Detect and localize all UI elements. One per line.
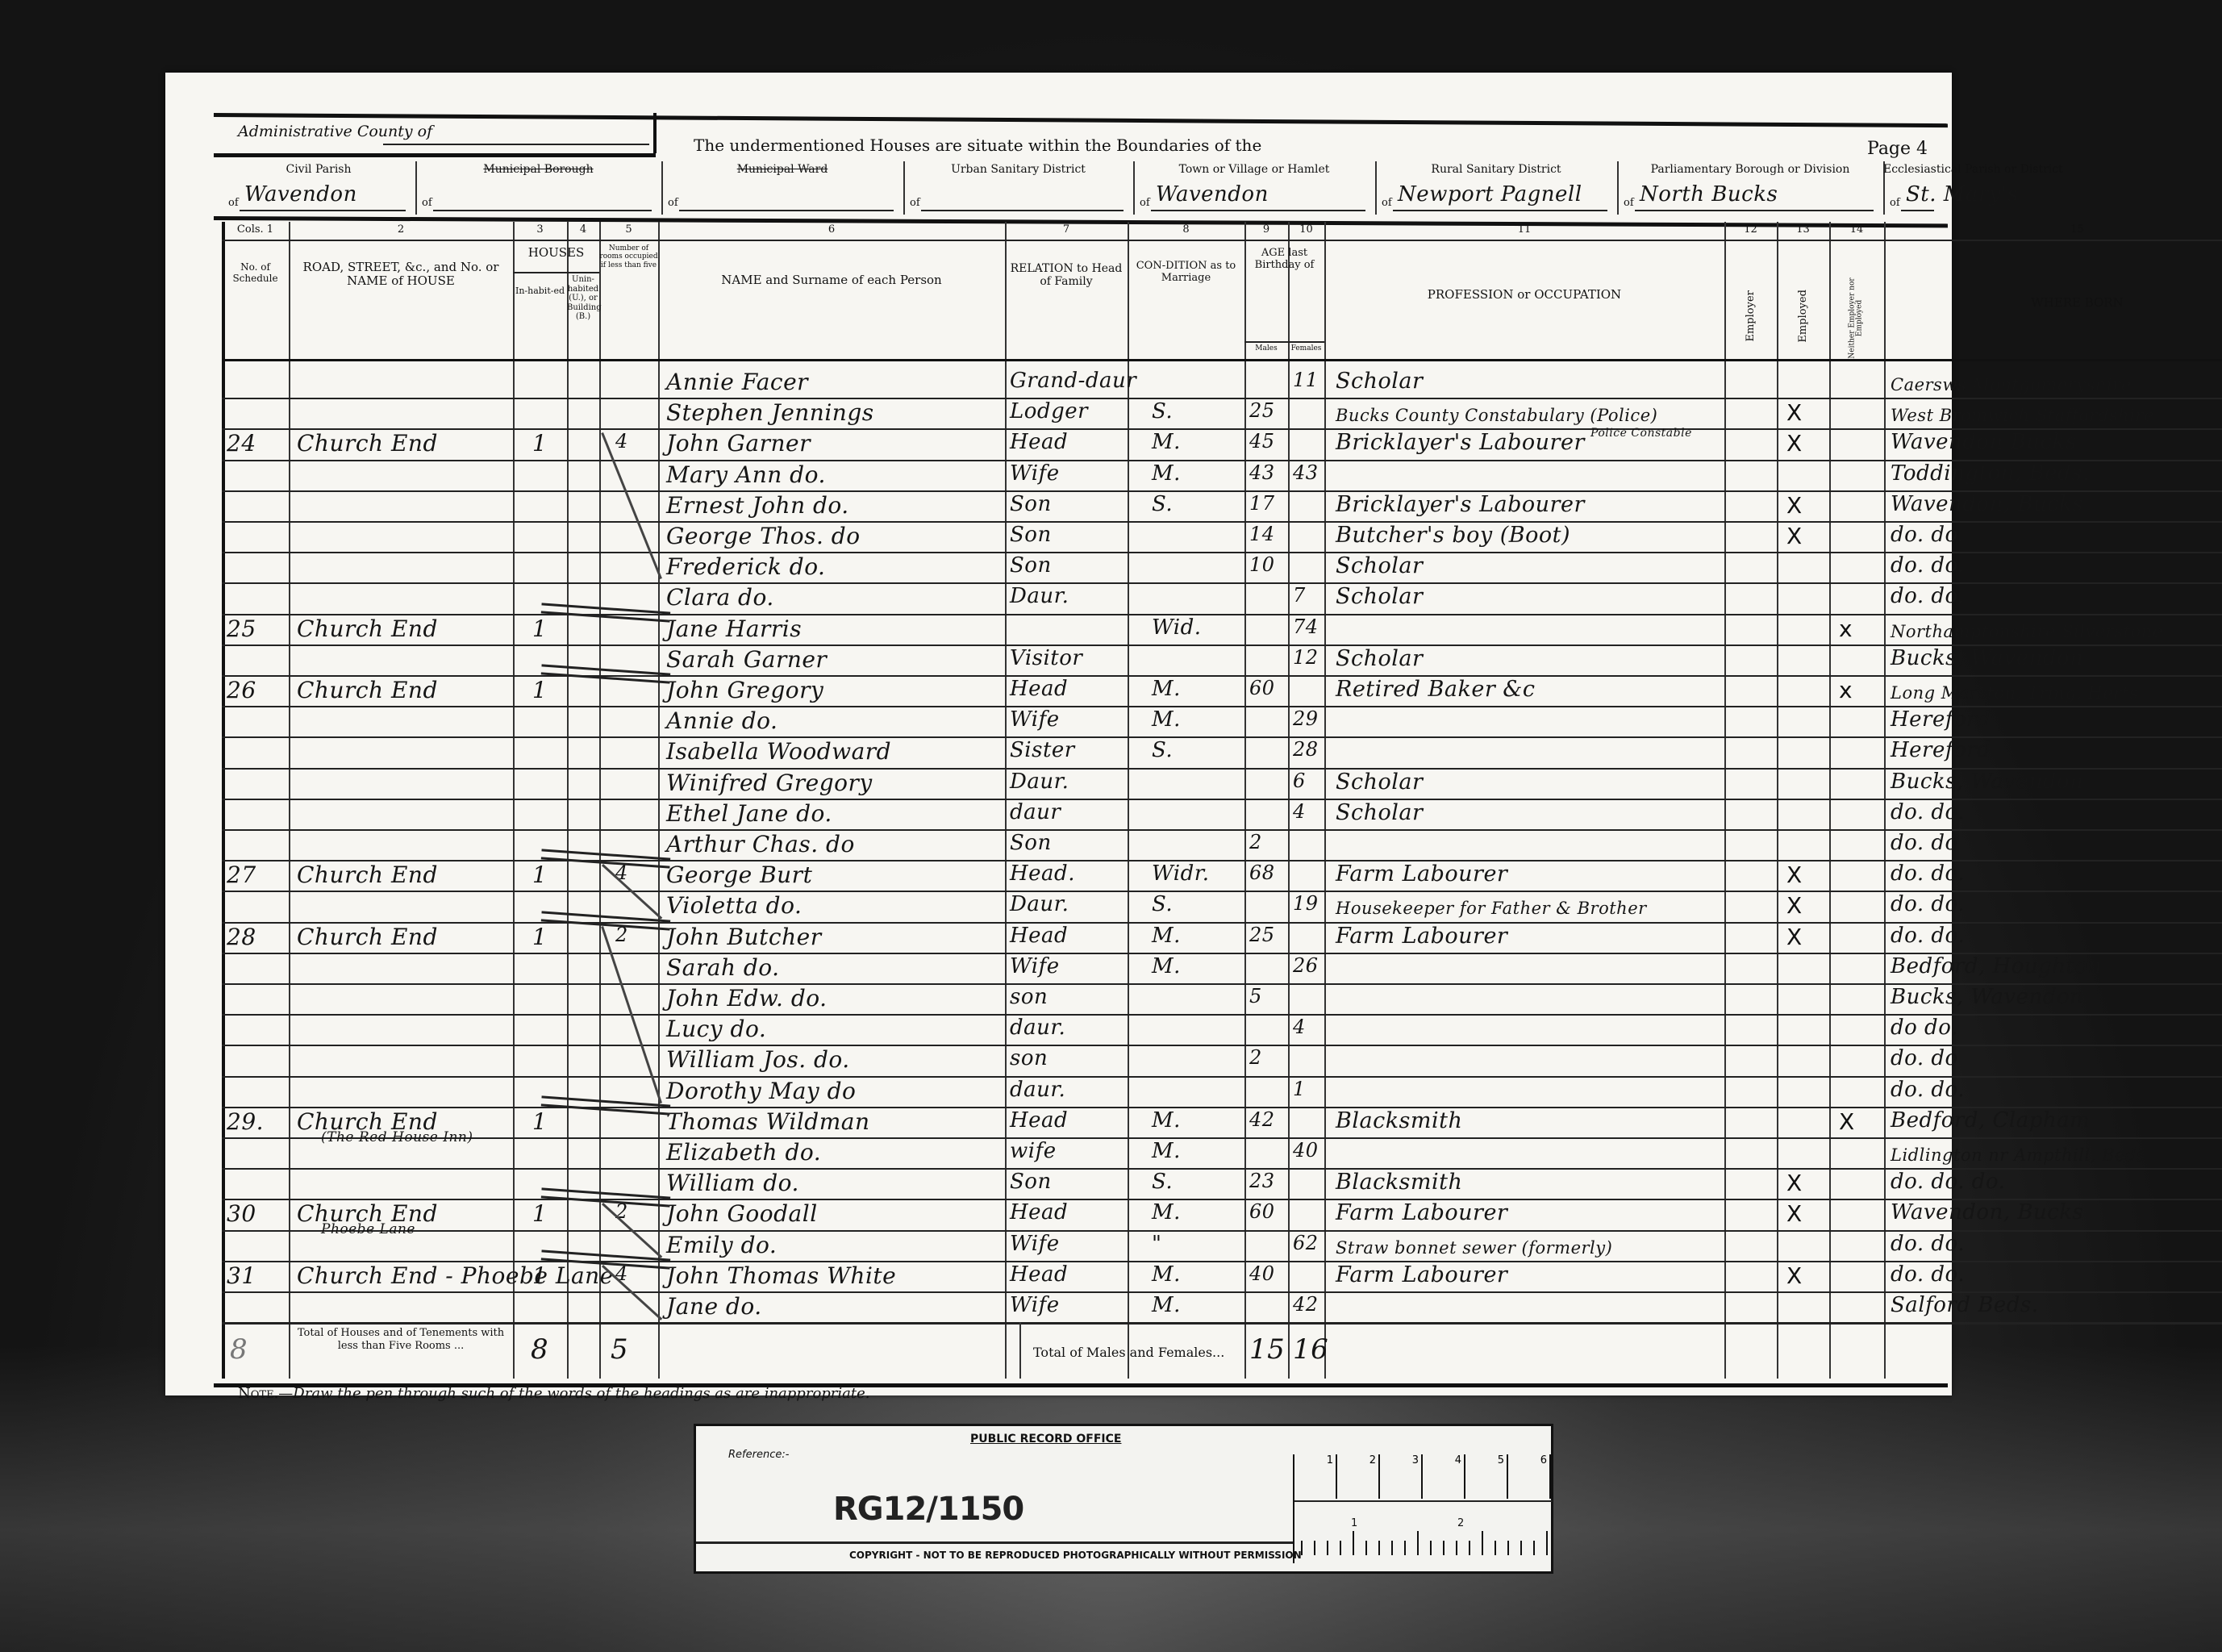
census-row: 28Church End12John ButcherHeadM.25Farm L… [222,922,2222,953]
header-employed: Employed [1798,268,1809,365]
marital-condition: S. [1152,1170,1173,1194]
census-row: Clara do.Daur.7Scholardo. do. [222,582,2222,613]
person-name: Clara do. [666,584,774,611]
scale-tick [1301,1541,1303,1555]
relation: Wife [1010,1293,1060,1317]
relation: daur. [1010,1016,1065,1040]
census-row: Violetta do.Daur.S.19Housekeeper for Fat… [222,891,2222,921]
scale-tick [1430,1541,1432,1555]
female-age: 74 [1293,615,1319,638]
scale-tick [1314,1541,1315,1555]
male-age: 68 [1249,861,1275,884]
division-value: Newport Pagnell [1398,182,1582,206]
neither-mark: X [1839,1108,1854,1135]
census-row: Sarah do.WifeM.26Bedford, Houghton [222,953,2222,983]
persons-total-label: Total of Males and Females... [1033,1345,1224,1360]
scale-tick [1507,1541,1509,1555]
male-age: 40 [1249,1262,1275,1285]
division-value-line [1393,210,1607,211]
column-number: 5 [599,223,658,236]
relation: daur. [1010,1078,1065,1102]
header-bottom-rule [222,359,2222,361]
inhabited-count: 1 [532,924,547,950]
relation: wife [1010,1139,1057,1163]
person-name: Sarah Garner [666,646,827,673]
schedule-number: 28 [227,924,256,950]
birthplace: do. do. [1891,523,1965,547]
marital-condition: M. [1152,1108,1181,1133]
relation: Head [1010,1262,1068,1287]
header-occupation: PROFESSION or OCCUPATION [1324,288,1724,302]
female-age: 4 [1293,1016,1306,1038]
inhabited-count: 1 [532,1108,547,1135]
admin-county-label: Administrative County of [238,123,432,140]
admin-county-line [383,144,649,145]
male-age: 2 [1249,831,1262,853]
census-row: Lucy do.daur.4do do. [222,1014,2222,1045]
census-row: Sarah GarnerVisitor12ScholarBucks, Waven… [222,645,2222,675]
birthplace: do. do. do. [1891,1170,2005,1194]
column-number: 14 [1829,223,1884,236]
address: Church End [297,861,438,888]
marital-condition: " [1152,1232,1161,1256]
division-value: Wavendon [1156,182,1269,206]
division-value-line [240,210,406,211]
relation: Head [1010,430,1068,454]
census-row: William do.SonS.23BlacksmithXdo. do. do. [222,1168,2222,1199]
census-row: Ethel Jane do.daur4Scholardo. do. [222,799,2222,829]
male-age: 25 [1249,399,1275,422]
scale-tick [1353,1531,1354,1555]
occupation: Straw bonnet sewer (formerly) [1336,1238,1612,1258]
schedule-number: 25 [227,615,256,642]
female-age: 4 [1293,800,1306,823]
occupation: Retired Baker &c [1336,677,1535,702]
occupation-note: Police Constable [1590,427,1692,440]
marital-condition: S. [1152,738,1173,762]
occupation: Farm Labourer [1336,861,1507,886]
birthplace: Long Marston, Tring, Herts [1891,683,2138,703]
census-row: 26Church End1John GregoryHeadM.60Retired… [222,675,2222,706]
female-age: 43 [1293,461,1319,484]
inhabited-count: 1 [532,861,547,888]
scale-tick [1443,1541,1445,1555]
employed-mark: X [1786,924,1802,950]
male-age: 23 [1249,1170,1275,1192]
scale-tick [1391,1541,1393,1555]
employed-mark: X [1786,1262,1802,1289]
column-number-rule [222,240,2222,241]
relation: Sister [1010,738,1075,762]
marital-condition: M. [1152,1293,1181,1317]
marital-condition: S. [1152,492,1173,516]
birthplace: do. do [1891,1046,1958,1070]
column-number: 3 [513,223,567,236]
relation: Son [1010,831,1052,855]
marital-condition: M. [1152,677,1181,701]
male-age: 25 [1249,924,1275,946]
schedule-number: 31 [227,1262,256,1289]
header-road: ROAD, STREET, &c., and No. or NAME of HO… [289,261,513,289]
person-name: Dorothy May do [666,1078,856,1104]
of-prefix: of [668,197,678,209]
header-females: Females [1288,344,1324,353]
occupation: Farm Labourer [1336,1200,1507,1225]
employed-mark: X [1786,861,1802,888]
scale-tick [1533,1541,1535,1555]
census-row: Ernest John do.SonS.17Bricklayer's Labou… [222,490,2222,521]
person-name: Arthur Chas. do [666,831,855,857]
birthplace: do. do. [1891,1232,1965,1256]
scale-cell: 2 [1337,1454,1380,1499]
relation: Visitor [1010,646,1082,670]
marital-condition: M. [1152,924,1181,948]
occupation: Scholar [1336,646,1423,671]
relation: Son [1010,1170,1052,1194]
occupation: Bucks County Constabulary (Police) [1336,406,1657,425]
occupation: Scholar [1336,553,1423,578]
column-number: 12 [1724,223,1777,236]
measurement-scale: 12345612 [1293,1454,1553,1563]
of-prefix: of [422,197,432,209]
male-age: 60 [1249,1200,1275,1223]
header-employer: Employer [1745,268,1757,365]
division-value: North Bucks [1640,182,1778,206]
scale-tick [1456,1541,1457,1555]
page-number: Page 4 [1867,139,1928,159]
female-age: 40 [1293,1139,1319,1162]
person-name: Emily do. [666,1232,777,1258]
female-age: 1 [1293,1078,1306,1100]
person-name: John Gregory [666,677,823,703]
occupation: Farm Labourer [1336,1262,1507,1287]
birthplace: Salford Beds. [1891,1293,2039,1317]
person-name: Violetta do. [666,892,802,919]
scale-cell: 1 [1294,1454,1337,1499]
marital-condition: M. [1152,707,1181,732]
note-text: —Draw the pen through such of the words … [278,1385,869,1402]
division-value-line [1901,210,1934,211]
relation: Wife [1010,954,1060,978]
division-label: Parliamentary Borough or Division [1617,163,1883,176]
person-name: John Edw. do. [666,985,828,1012]
neither-mark: x [1839,615,1853,642]
birthplace: Wavendon, Bucks [1891,492,2083,516]
person-name: George Burt [666,861,812,888]
person-name: Stephen Jennings [666,399,874,426]
relation: Son [1010,492,1052,516]
scale-divider [1294,1500,1553,1502]
division-label: Urban Sanitary District [903,163,1133,176]
scale-tick [1495,1541,1496,1555]
census-row: Emily do.Wife"62Straw bonnet sewer (form… [222,1230,2222,1261]
occupation: Scholar [1336,770,1423,795]
top-border [214,113,1948,127]
female-age: 28 [1293,738,1319,761]
male-age: 10 [1249,553,1275,576]
division-label: Municipal Ward [661,163,903,176]
employed-mark: X [1786,492,1802,519]
of-prefix: of [228,197,239,209]
person-name: William Jos. do. [666,1046,850,1073]
schedule-number: 30 [227,1200,256,1227]
person-name: John Goodall [666,1200,818,1227]
column-number: 2 [289,223,513,236]
employed-mark: X [1786,523,1802,549]
scale-tick [1404,1541,1406,1555]
female-age: 62 [1293,1232,1319,1254]
division-value: St. Mary's [1906,182,2019,206]
relation: daur [1010,800,1061,824]
census-row: Winifred GregoryDaur.6ScholarBucks, Wave… [222,768,2222,799]
person-name: Thomas Wildman [666,1108,869,1135]
male-age: 42 [1249,1108,1275,1131]
schedules-total: 8 [230,1333,248,1366]
census-row: 24Church End14John GarnerHeadM.45Brickla… [222,428,2222,459]
division-value: Wavendon [244,182,357,206]
houses-total-label: Total of Houses and of Tenements with le… [297,1327,505,1352]
birthplace: Bucks, Wavendon [1891,646,2083,670]
occupation: Farm Labourer [1336,924,1507,949]
census-row: 25Church End1Jane HarrisWid.74xNorthampt… [222,614,2222,645]
employed-mark: X [1786,892,1802,919]
male-age: 60 [1249,677,1275,699]
census-row: Jane do.WifeM.42Salford Beds. [222,1291,2222,1322]
census-row: John Edw. do.son5Bucks, Wavendon [222,983,2222,1014]
female-age: 19 [1293,892,1319,915]
address: Church End [297,430,438,457]
employed-mark: X [1786,1200,1802,1227]
column-number: 10 [1288,223,1324,236]
marital-condition: M. [1152,954,1181,978]
relation: Daur. [1010,892,1069,916]
relation: Lodger [1010,399,1088,423]
division-value-line [679,210,894,211]
column-number: 9 [1244,223,1288,236]
marital-condition: S. [1152,892,1173,916]
reference-number: RG12/1150 [833,1491,1023,1528]
schedule-number: 24 [227,430,256,457]
census-row: Isabella WoodwardSisterS.28HerefordLame [222,736,2222,767]
birthplace: do. do. [1891,892,1965,916]
female-age: 7 [1293,584,1306,607]
of-prefix: of [1890,197,1900,209]
address: Church End - Phoebe Lane [297,1262,614,1289]
occupation: Bricklayer's Labourer [1336,492,1585,517]
census-row: 29.Church End(The Red House Inn)1Thomas … [222,1107,2222,1137]
header-rooms: Number of rooms occupied if less than fi… [599,244,658,269]
birthplace: Wavendon Bucks [1891,430,2077,454]
census-row: William Jos. do.son2do. do [222,1045,2222,1075]
relation: Wife [1010,1232,1060,1256]
inhabited-count: 1 [532,430,547,457]
header-condition: CON-DITION as to Marriage [1128,261,1244,285]
header-houses: HOUSES [513,246,599,260]
male-age: 2 [1249,1046,1262,1069]
female-age: 42 [1293,1293,1319,1316]
scale-tick [1365,1541,1367,1555]
birthplace: Bedford, Houghton [1891,954,2102,978]
of-prefix: of [1140,197,1150,209]
person-name: Mary Ann do. [666,461,826,488]
copyright-divider [696,1541,1293,1544]
marital-condition: Wid. [1152,615,1202,640]
person-name: Isabella Woodward [666,738,891,765]
rooms-count: 4 [615,430,628,453]
scale-cell: 5 [1465,1454,1508,1499]
scale-tick [1520,1541,1522,1555]
person-name: John Thomas White [666,1262,896,1289]
relation: Grand-daur [1010,369,1136,393]
tenements-total: 5 [611,1333,628,1366]
person-name: Ernest John do. [666,492,849,519]
marital-condition: S. [1152,399,1173,423]
schedule-number: 27 [227,861,256,888]
relation: Head. [1010,861,1075,886]
scale-tick [1417,1531,1419,1555]
person-name: Elizabeth do. [666,1139,821,1166]
female-age: 12 [1293,646,1319,669]
public-record-office-label: PUBLIC RECORD OFFICE [970,1433,1121,1445]
relation: Wife [1010,461,1060,486]
census-row: Frederick do.Son10Scholardo. do. [222,552,2222,582]
male-age: 17 [1249,492,1275,515]
relation: son [1010,985,1048,1009]
scale-label: 2 [1457,1517,1464,1529]
neither-mark: x [1839,677,1853,703]
heading-note: Note.—Draw the pen through such of the w… [238,1385,870,1402]
column-number: 8 [1128,223,1244,236]
relation: Head [1010,677,1068,701]
relation: Son [1010,523,1052,547]
division-label: Civil Parish [222,163,415,176]
person-name: George Thos. do [666,523,861,549]
birthplace: Hereford [1891,707,1991,732]
address: Church End [297,677,438,703]
employed-mark: X [1786,399,1802,426]
female-age: 29 [1293,707,1319,730]
occupation: Housekeeper for Father & Brother [1336,899,1647,918]
of-prefix: of [1624,197,1634,209]
person-name: Lucy do. [666,1016,766,1042]
marital-condition: M. [1152,430,1181,454]
male-age: 43 [1249,461,1275,484]
female-age: 6 [1293,770,1306,792]
birthplace: do. do. [1891,553,1965,578]
scale-cell: 6 [1508,1454,1551,1499]
division-label: Ecclesiastical Parish or District [1883,163,1944,176]
census-form: Administrative County of The undermentio… [222,113,1940,1436]
birthplace: Northamptonshire Silverstone [1891,622,2163,641]
division-value-line [1151,210,1365,211]
scale-label: 1 [1351,1517,1357,1529]
male-age: 14 [1249,523,1275,545]
person-name: Frederick do. [666,553,825,580]
header-uninhabited: Unin-habited (U.), or Building (B.) [567,275,599,322]
occupation: Blacksmith [1336,1170,1462,1195]
person-name: Jane Harris [666,615,802,642]
inhabited-count: 1 [532,1200,547,1227]
division-value-line [433,210,652,211]
header-males: Males [1244,344,1288,353]
inhabited-count: 1 [532,1262,547,1289]
census-row: Annie FacerGrand-daur11ScholarCaersws Mo… [222,367,2222,398]
of-prefix: of [1382,197,1392,209]
column-number: 13 [1777,223,1829,236]
inhabited-total: 8 [531,1333,548,1366]
census-row: Stephen JenningsLodgerS.25Bucks County C… [222,398,2222,428]
males-total: 15 [1249,1333,1285,1366]
of-prefix: of [910,197,920,209]
marital-condition: M. [1152,1200,1181,1224]
employed-mark: X [1786,1170,1802,1196]
male-age: 5 [1249,985,1262,1007]
division-value-line [921,210,1124,211]
relation: Daur. [1010,770,1069,794]
census-row: Arthur Chas. doSon2do. do [222,829,2222,860]
occupation: Scholar [1336,369,1423,394]
houses-subrule [513,272,599,273]
header-where-born: WHERE BORN [1884,296,2222,310]
census-row: Dorothy May dodaur.1do. do. [222,1076,2222,1107]
person-name: William do. [666,1170,799,1196]
person-name: John Garner [666,430,811,457]
scale-tick [1469,1541,1470,1555]
header-relation: RELATION to Head of Family [1005,262,1128,288]
schedule-number: 26 [227,677,256,703]
inhabited-count: 1 [532,615,547,642]
scale-cell: 3 [1380,1454,1423,1499]
header-inhabited: In-habit-ed [513,286,567,297]
birthplace: Toddington, Beds. [1891,461,2090,486]
occupation: Scholar [1336,800,1423,825]
relation: Head [1010,1200,1068,1224]
birthplace: do. do. [1891,800,1965,824]
census-sheet: Administrative County of The undermentio… [165,73,1952,1395]
person-name: John Butcher [666,924,822,950]
marital-condition: M. [1152,461,1181,486]
person-name: Ethel Jane do. [666,800,832,827]
female-age: 11 [1293,369,1319,391]
birthplace: do. do [1891,831,1958,855]
header-name: NAME and Surname of each Person [658,273,1005,287]
address: Church End [297,924,438,950]
reference-label: Reference:- [728,1449,789,1461]
census-row: 31Church End - Phoebe Lane14John Thomas … [222,1261,2222,1291]
birthplace: Hereford [1891,738,1991,762]
division-label: Municipal Borough [415,163,661,176]
address: Church End [297,615,438,642]
marital-condition: M. [1152,1139,1181,1163]
occupation: Blacksmith [1336,1108,1462,1133]
column-number: 11 [1324,223,1724,236]
birthplace: do. do. [1891,1262,1965,1287]
birthplace: do. do. [1891,861,1965,886]
scale-cell: 4 [1423,1454,1465,1499]
scale-tick [1340,1541,1341,1555]
column-number: 7 [1005,223,1128,236]
census-row: Annie do.WifeM.29Hereford [222,706,2222,736]
person-name: Annie do. [666,707,777,734]
age-subrule [1244,341,1324,343]
marital-condition: M. [1152,1262,1181,1287]
relation: Son [1010,553,1052,578]
column-number: 4 [567,223,599,236]
copyright-notice: COPYRIGHT - NOT TO BE REPRODUCED PHOTOGR… [849,1550,1302,1561]
person-name: Winifred Gregory [666,770,873,796]
census-row: Mary Ann do.WifeM.4343Toddington, Beds. [222,460,2222,490]
header-age: AGE last Birthday of [1244,248,1324,272]
